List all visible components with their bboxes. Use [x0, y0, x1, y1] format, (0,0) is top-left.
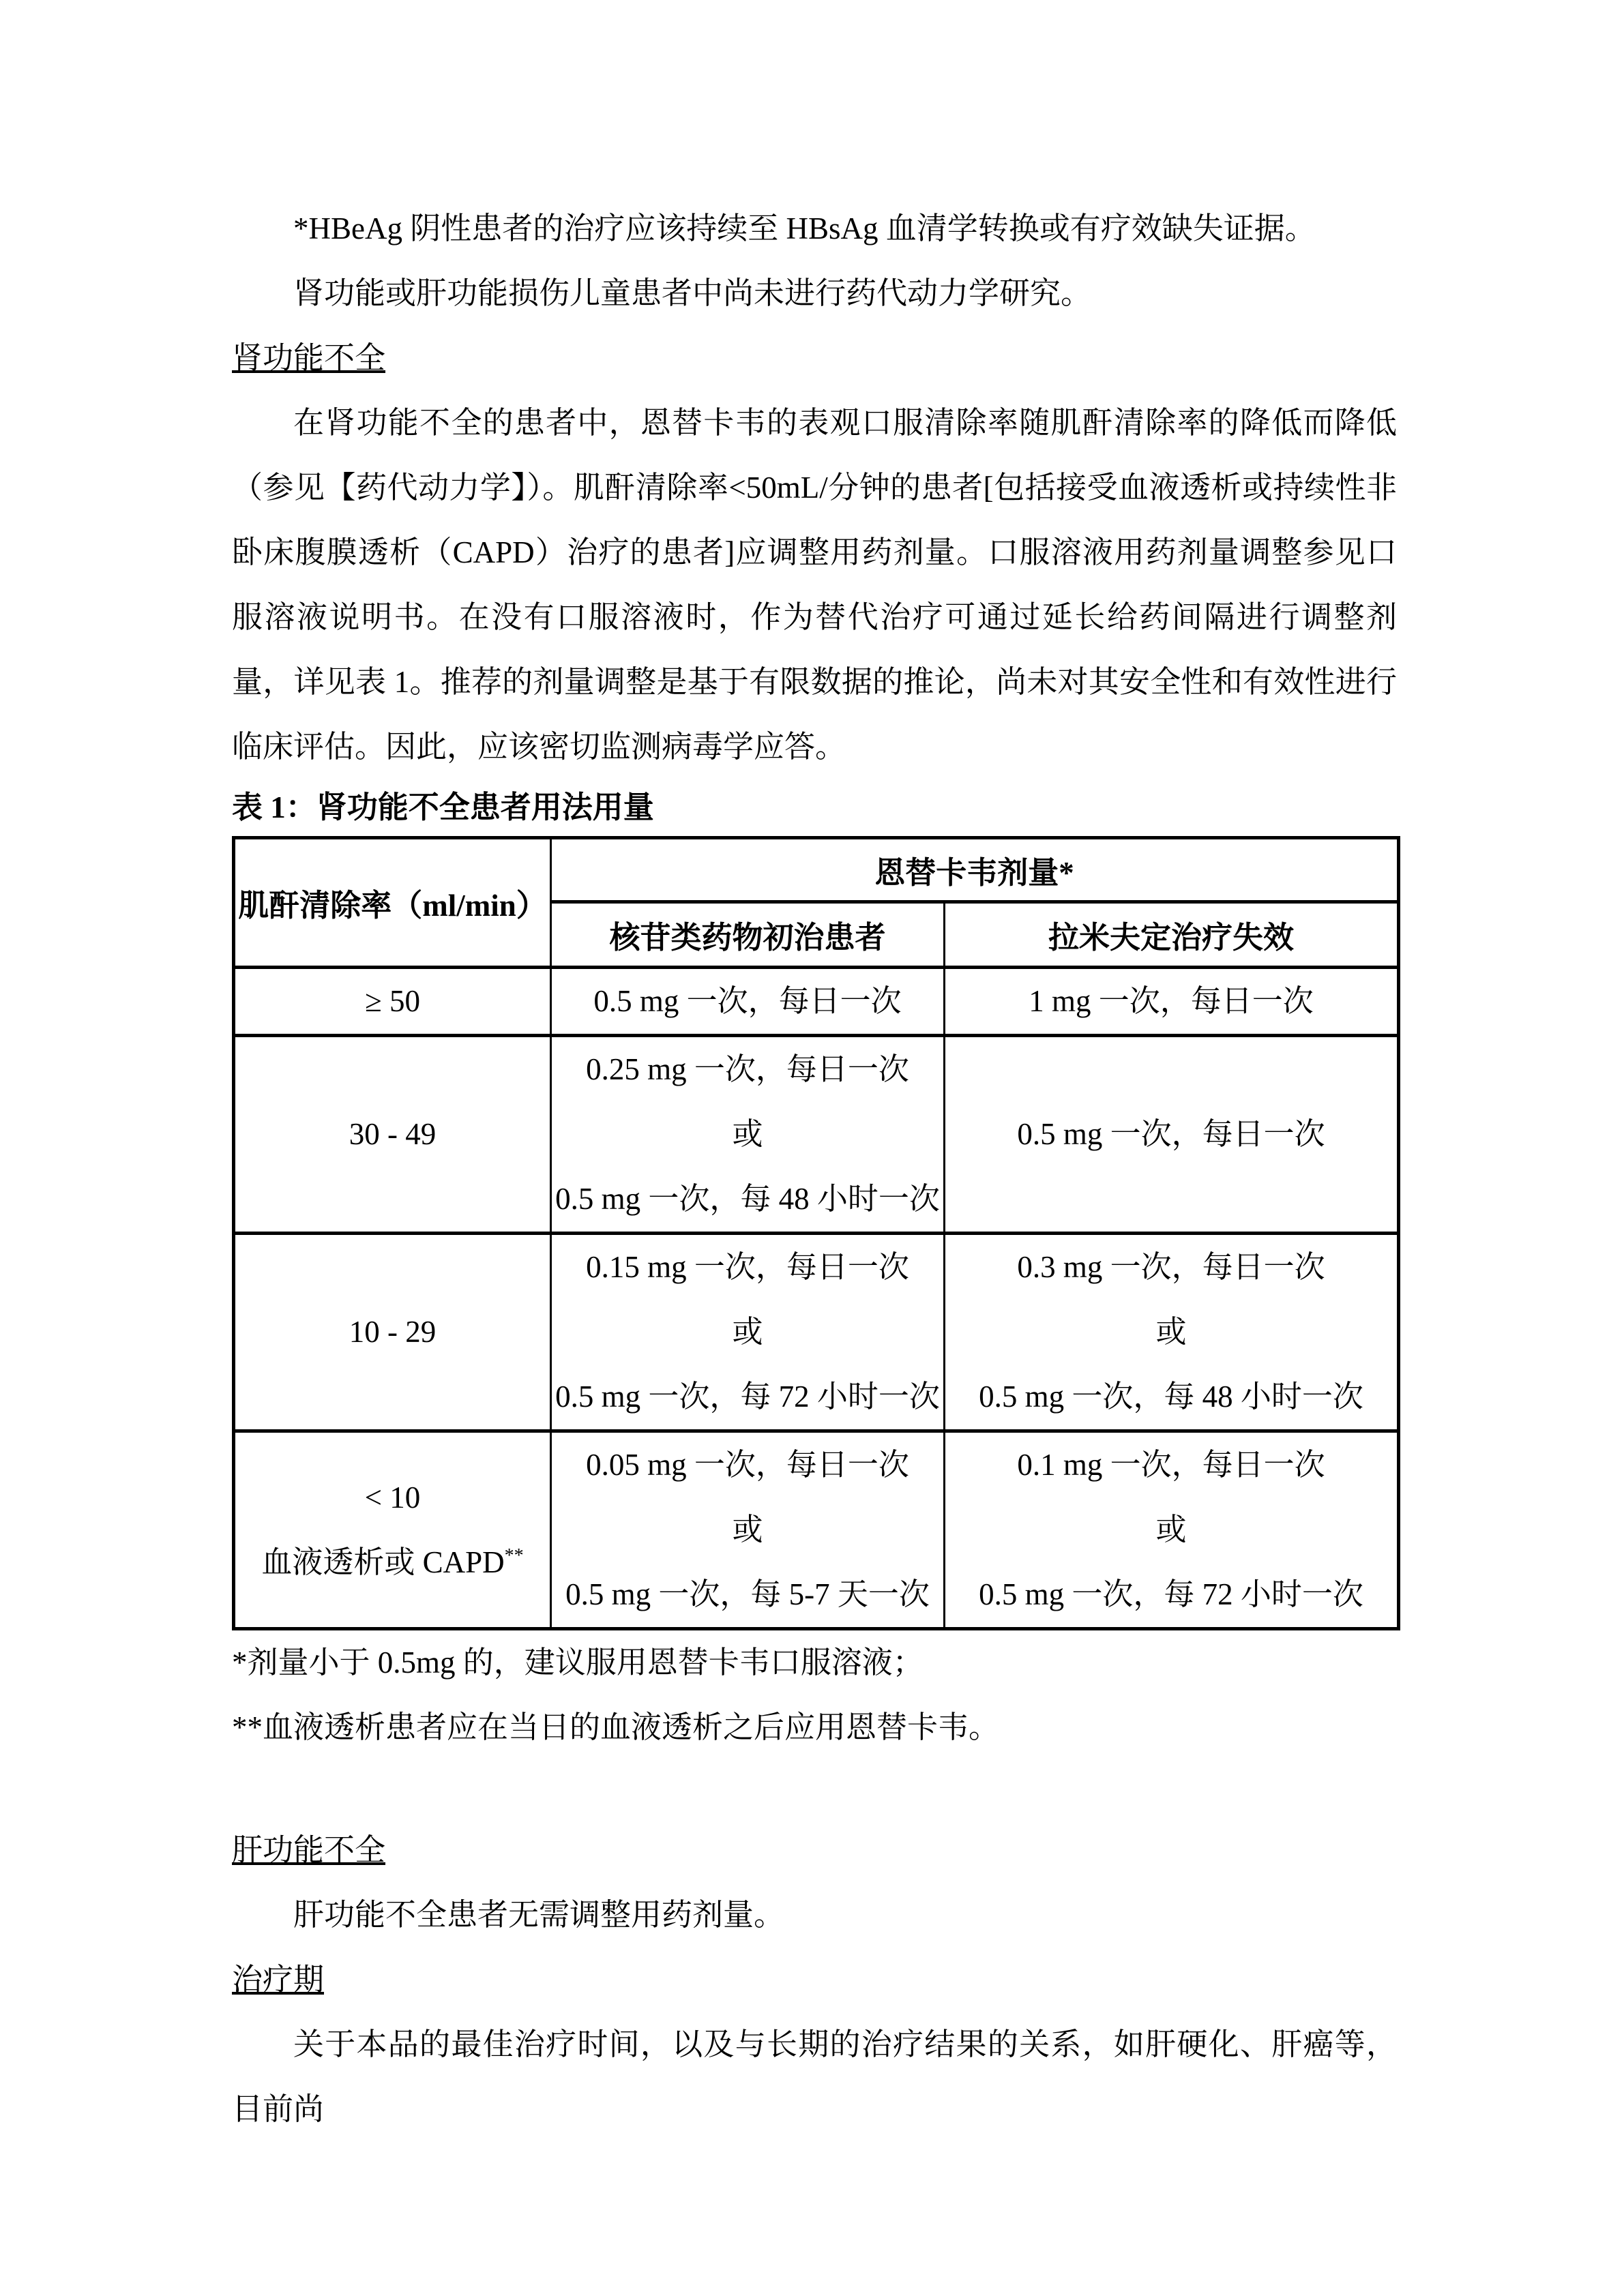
- dose-line: 0.1 mg 一次，每日一次: [945, 1433, 1397, 1497]
- table-header-row-1: 肌酐清除率（ml/min） 恩替卡韦剂量*: [234, 838, 1399, 902]
- cell-cr-range: 10 - 29: [234, 1234, 551, 1431]
- cell-lamivudine-dose: 0.1 mg 一次，每日一次 或 0.5 mg 一次，每 72 小时一次: [945, 1431, 1399, 1629]
- dose-line: 0.15 mg 一次，每日一次: [552, 1235, 943, 1300]
- double-asterisk-superscript: **: [505, 1545, 524, 1566]
- cr-range-value: 10 - 29: [235, 1300, 550, 1365]
- dose-line: 0.5 mg 一次，每日一次: [552, 969, 943, 1034]
- cell-lamivudine-dose: 1 mg 一次，每日一次: [945, 968, 1399, 1036]
- dose-line: 0.5 mg 一次，每 48 小时一次: [945, 1365, 1397, 1429]
- cr-dialysis-label: 血液透析或 CAPD: [261, 1545, 504, 1579]
- footnote-oral-solution: *剂量小于 0.5mg 的，建议服用恩替卡韦口服溶液；: [232, 1630, 1397, 1695]
- dose-line: 1 mg 一次，每日一次: [945, 969, 1397, 1034]
- dose-line: 0.5 mg 一次，每 5-7 天一次: [552, 1562, 943, 1627]
- dose-line: 或: [552, 1497, 943, 1562]
- header-entecavir-dose: 恩替卡韦剂量*: [551, 838, 1399, 902]
- table-row-cr-10-29: 10 - 29 0.15 mg 一次，每日一次 或 0.5 mg 一次，每 72…: [234, 1234, 1399, 1431]
- dose-line: 0.5 mg 一次，每 48 小时一次: [552, 1167, 943, 1232]
- header-lamivudine-refractory: 拉米夫定治疗失效: [945, 902, 1399, 968]
- dose-line: 或: [945, 1497, 1397, 1562]
- heading-hepatic-impairment: 肝功能不全: [232, 1818, 1397, 1883]
- cell-cr-range: 30 - 49: [234, 1036, 551, 1234]
- dose-line: 0.5 mg 一次，每 72 小时一次: [945, 1562, 1397, 1627]
- table-row-cr-30-49: 30 - 49 0.25 mg 一次，每日一次 或 0.5 mg 一次，每 48…: [234, 1036, 1399, 1234]
- dose-line: 0.25 mg 一次，每日一次: [552, 1037, 943, 1102]
- table-row-cr-ge-50: ≥ 50 0.5 mg 一次，每日一次 1 mg 一次，每日一次: [234, 968, 1399, 1036]
- table-title: 表 1：肾功能不全患者用法用量: [232, 779, 1397, 836]
- cr-range-value: ≥ 50: [235, 969, 550, 1034]
- paragraph-treatment-duration: 关于本品的最佳治疗时间，以及与长期的治疗结果的关系，如肝硬化、肝癌等，目前尚: [232, 2012, 1397, 2142]
- document-content: *HBeAg 阴性患者的治疗应该持续至 HBsAg 血清学转换或有疗效缺失证据。…: [232, 196, 1397, 2142]
- cell-lamivudine-dose: 0.5 mg 一次，每日一次: [945, 1036, 1399, 1234]
- cell-cr-range: ≥ 50: [234, 968, 551, 1036]
- heading-renal-impairment: 肾功能不全: [232, 326, 1397, 391]
- header-creatinine-clearance: 肌酐清除率（ml/min）: [234, 838, 551, 968]
- cell-cr-range: < 10 血液透析或 CAPD**: [234, 1431, 551, 1629]
- table-row-cr-lt-10: < 10 血液透析或 CAPD** 0.05 mg 一次，每日一次 或 0.5 …: [234, 1431, 1399, 1629]
- paragraph-pediatric-note: 肾功能或肝功能损伤儿童患者中尚未进行药代动力学研究。: [232, 261, 1397, 326]
- cell-naive-dose: 0.5 mg 一次，每日一次: [551, 968, 945, 1036]
- footnote-hemodialysis: **血液透析患者应在当日的血液透析之后应用恩替卡韦。: [232, 1695, 1397, 1760]
- paragraph-hepatic-dosing: 肝功能不全患者无需调整用药剂量。: [232, 1883, 1397, 1948]
- dose-line: 0.5 mg 一次，每 72 小时一次: [552, 1365, 943, 1429]
- cell-naive-dose: 0.05 mg 一次，每日一次 或 0.5 mg 一次，每 5-7 天一次: [551, 1431, 945, 1629]
- renal-dosage-table: 肌酐清除率（ml/min） 恩替卡韦剂量* 核苷类药物初治患者 拉米夫定治疗失效…: [232, 836, 1400, 1630]
- header-creatinine-clearance-label: 肌酐清除率（ml/min）: [238, 889, 547, 923]
- dose-line: 0.05 mg 一次，每日一次: [552, 1433, 943, 1497]
- cr-range-value: 30 - 49: [235, 1102, 550, 1167]
- dose-line: 0.5 mg 一次，每日一次: [945, 1102, 1397, 1167]
- paragraph-renal-dosing: 在肾功能不全的患者中，恩替卡韦的表观口服清除率随肌酐清除率的降低而降低（参见【药…: [232, 391, 1397, 779]
- heading-treatment-duration: 治疗期: [232, 1948, 1397, 2012]
- header-nucleoside-naive: 核苷类药物初治患者: [551, 902, 945, 968]
- cr-range-value: < 10: [235, 1465, 550, 1530]
- cell-naive-dose: 0.15 mg 一次，每日一次 或 0.5 mg 一次，每 72 小时一次: [551, 1234, 945, 1431]
- dose-line: 或: [552, 1102, 943, 1167]
- cell-lamivudine-dose: 0.3 mg 一次，每日一次 或 0.5 mg 一次，每 48 小时一次: [945, 1234, 1399, 1431]
- document-page: *HBeAg 阴性患者的治疗应该持续至 HBsAg 血清学转换或有疗效缺失证据。…: [0, 0, 1624, 2296]
- dose-line: 或: [552, 1300, 943, 1365]
- cell-naive-dose: 0.25 mg 一次，每日一次 或 0.5 mg 一次，每 48 小时一次: [551, 1036, 945, 1234]
- dose-line: 或: [945, 1300, 1397, 1365]
- dose-line: 0.3 mg 一次，每日一次: [945, 1235, 1397, 1300]
- cr-range-dialysis: 血液透析或 CAPD**: [235, 1530, 550, 1595]
- paragraph-hbeag-note: *HBeAg 阴性患者的治疗应该持续至 HBsAg 血清学转换或有疗效缺失证据。: [232, 196, 1397, 261]
- header-entecavir-dose-label: 恩替卡韦剂量*: [874, 856, 1074, 890]
